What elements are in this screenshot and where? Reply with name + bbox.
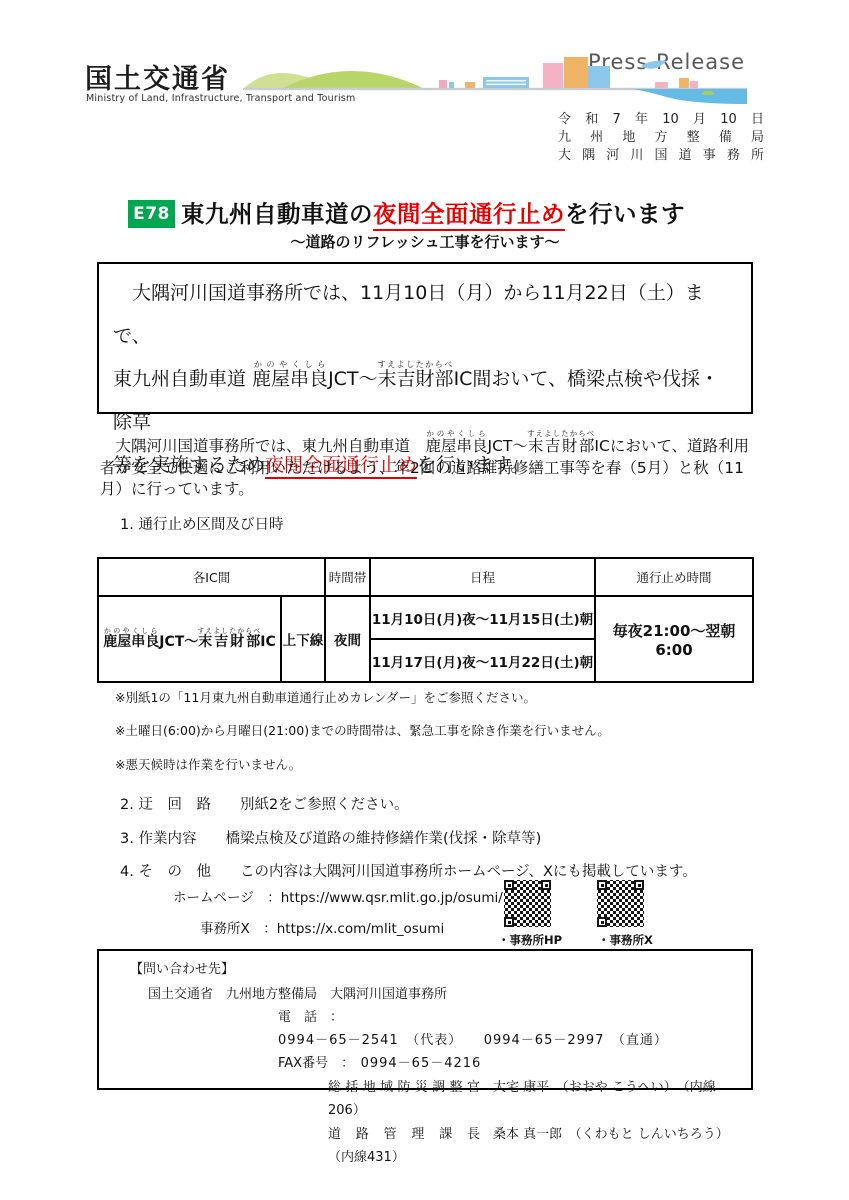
notes-list: ※別紙1の「11月東九州自動車道通行止めカレンダー」をご参照ください。 ※土曜日… — [115, 690, 610, 790]
press-release-page: 国土交通省 Ministry of Land, Infrastructure, … — [0, 0, 849, 1200]
contact-person2: 道路管理課長 桑本 真一郎 （くわもと しんいちろう） （内線431） — [328, 1123, 737, 1169]
route-cell: 鹿屋串良かのやくしらJCT～末吉財部すえよしたからべIC — [98, 596, 281, 682]
direction-cell: 上下線 — [281, 596, 325, 682]
note-item: ※土曜日(6:00)から月曜日(21:00)までの時間帯は、緊急工事を除き作業を… — [115, 723, 610, 739]
ruby-sueyoshitakarabe: 末吉財部すえよしたからべ — [378, 368, 454, 390]
contact-tel: 電 話 ： 0994－65－2541 （代表） 0994－65－2997 （直通… — [278, 1006, 737, 1052]
homepage-line: ホームページ ：https://www.qsr.mlit.go.jp/osumi… — [173, 886, 503, 906]
fax-label: FAX番号 ： — [278, 1056, 361, 1071]
homepage-url-link[interactable]: https://www.qsr.mlit.go.jp/osumi/ — [281, 890, 503, 906]
release-date-block: 令和7年10月10日 九州地方整備局 大隅河川国道事務所 — [558, 111, 764, 165]
schedule-cell-2: 11月17日(月)夜～11月22日(土)朝 — [370, 639, 595, 682]
title-highlight: 夜間全面通行止め — [373, 200, 565, 231]
section3-work: 3. 作業内容 橋梁点検及び道路の維持修繕作業(伐採・除草等) — [120, 827, 541, 848]
release-office: 大隅河川国道事務所 — [558, 147, 764, 165]
office-x-label: 事務所X ： — [200, 921, 277, 937]
summary-text: 東九州自動車道 — [113, 368, 252, 390]
summary-text: 大隅河川国道事務所では、11月10日（月）から11月22日（土）まで、 — [113, 282, 704, 347]
col-header-closure-time: 通行止め時間 — [595, 558, 753, 596]
section2-detour: 2. 迂 回 路 別紙2をご参照ください。 — [120, 793, 409, 814]
intro-paragraph: 大隅河川国道事務所では、東九州自動車道 鹿屋串良かのやくしらJCT～末吉財部すえ… — [100, 429, 752, 501]
route-number-badge: E78 — [128, 200, 175, 228]
section4-other: 4. そ の 他 この内容は大隅河川国道事務所ホームページ、Xにも掲載しています… — [120, 860, 697, 881]
section1-heading: 1. 通行止め区間及び日時 — [120, 513, 283, 534]
header-illustration-icon — [243, 53, 747, 107]
summary-text: JCT～ — [328, 368, 377, 390]
note-item: ※悪天候時は作業を行いません。 — [115, 757, 610, 773]
note-item: ※別紙1の「11月東九州自動車道通行止めカレンダー」をご参照ください。 — [115, 690, 610, 706]
homepage-label: ホームページ ： — [173, 890, 281, 906]
tel-numbers: 0994－65－2541 （代表） 0994－65－2997 （直通） — [278, 1033, 668, 1048]
col-header-ic: 各IC間 — [98, 558, 325, 596]
col-header-timeband: 時間帯 — [325, 558, 370, 596]
release-date: 令和7年10月10日 — [558, 111, 764, 129]
closure-time-cell: 毎夜21:00～翌朝6:00 — [595, 596, 753, 682]
ruby-sueyoshitakarabe: 末吉財部すえよしたからべ — [528, 437, 595, 455]
title-post: を行います — [565, 200, 685, 228]
release-bureau: 九州地方整備局 — [558, 129, 764, 147]
person1-title: 総括地域防災調整官 — [328, 1076, 480, 1099]
qr-code-office-x-icon — [597, 880, 644, 927]
office-x-line: 事務所X ：https://x.com/mlit_osumi — [200, 917, 444, 937]
ruby-sueyoshitakarabe: 末吉財部すえよしたからべ — [198, 634, 260, 650]
person2-title: 道路管理課長 — [328, 1123, 480, 1146]
summary-box: 大隅河川国道事務所では、11月10日（月）から11月22日（土）まで、 東九州自… — [97, 262, 753, 414]
page-title: 東九州自動車道の夜間全面通行止めを行います — [181, 195, 685, 229]
ruby-kanoyakushira: 鹿屋串良かのやくしら — [426, 437, 488, 455]
contact-person1: 総括地域防災調整官 大宅 康平 （おおや こうへい） （内線206） — [328, 1076, 737, 1122]
qr-x-label: ・事務所X — [598, 932, 653, 948]
mlit-logo: 国土交通省 — [85, 57, 230, 96]
contact-box: 【問い合わせ先】 国土交通省 九州地方整備局 大隅河川国道事務所 電 話 ： 0… — [97, 949, 753, 1090]
table-header-row: 各IC間 時間帯 日程 通行止め時間 — [98, 558, 753, 596]
col-header-schedule: 日程 — [370, 558, 595, 596]
closure-table: 各IC間 時間帯 日程 通行止め時間 鹿屋串良かのやくしらJCT～末吉財部すえよ… — [97, 557, 754, 683]
intro-text: JCT～ — [488, 437, 528, 455]
fax-number: 0994－65－4216 — [361, 1056, 482, 1071]
ruby-kanoyakushira: 鹿屋串良かのやくしら — [103, 634, 159, 650]
schedule-cell-1: 11月10日(月)夜～11月15日(土)朝 — [370, 596, 595, 639]
contact-heading: 【問い合わせ先】 — [130, 958, 737, 981]
qr-code-office-hp-icon — [504, 880, 551, 927]
intro-text: 大隅河川国道事務所では、東九州自動車道 — [100, 437, 426, 455]
page-subtitle: ～道路のリフレッシュ工事を行います～ — [97, 231, 753, 252]
qr-hp-label: ・事務所HP — [498, 932, 562, 948]
timeband-cell: 夜間 — [325, 596, 370, 682]
office-x-url-link[interactable]: https://x.com/mlit_osumi — [277, 921, 445, 937]
title-pre: 東九州自動車道の — [181, 200, 373, 228]
contact-fax: FAX番号 ： 0994－65－4216 — [278, 1052, 737, 1075]
contact-org: 国土交通省 九州地方整備局 大隅河川国道事務所 — [148, 983, 737, 1006]
table-row: 鹿屋串良かのやくしらJCT～末吉財部すえよしたからべIC 上下線 夜間 11月1… — [98, 596, 753, 639]
ruby-kanoyakushira: 鹿屋串良かのやくしら — [252, 368, 328, 390]
tel-label: 電 話 ： — [278, 1010, 350, 1025]
